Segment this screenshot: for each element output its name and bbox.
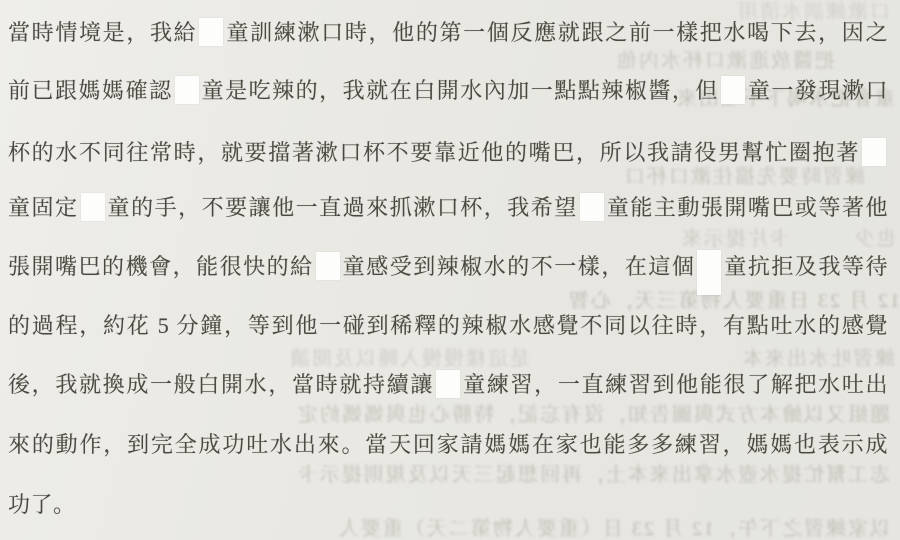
text-line-3: 杯的水不同往常時，就要擋著漱口杯不要靠近他的嘴巴，所以我請役男幫忙圈抱著 <box>8 138 888 168</box>
bleedthrough-text: 志工幫忙提水壺水拿出來本土，再回想起三天以及規則提示卡 <box>185 464 890 486</box>
text-line-8: 來的動作，到完全成功吐水出來。當天回家請媽媽在家也能多多練習，媽媽也表示成 <box>8 430 888 460</box>
line-text: 童的手，不要讓他一直過來抓漱口杯，我希望 <box>107 195 578 220</box>
redaction-box <box>175 76 199 104</box>
redaction-box <box>316 252 340 280</box>
bleedthrough-text: 也少 <box>815 228 897 250</box>
redaction-box <box>697 250 721 295</box>
redaction-box <box>580 193 604 221</box>
line-text: 童抗拒及我等待 <box>723 254 888 279</box>
bleedthrough-text: 把醬放進漱口杯水內他 <box>585 50 835 72</box>
redaction-box <box>436 370 460 398</box>
scanned-page: 口漱練訓水清用把醬放進漱口杯水內他童會把水喝下不吐出來練習時要先擋住漱口杯口卡片… <box>0 0 900 540</box>
bleedthrough-text: 練習吐水出來本 <box>690 348 895 370</box>
text-line-7: 後，我就換成一般白開水，當時就持續讓童練習，一直練習到他能很了解把水吐出 <box>8 370 888 400</box>
text-line-1: 當時情境是，我給童訓練漱口時，他的第一個反應就跟之前一樣把水喝下去，因之 <box>8 18 888 48</box>
text-line-2: 前已跟媽媽確認童是吃辣的，我就在白開水內加一點點辣椒醬，但童一發現漱口 <box>8 76 888 106</box>
line-text: 童一發現漱口 <box>747 78 888 103</box>
text-line-5: 張開嘴巴的機會，能很快的給童感受到辣椒水的不一樣，在這個童抗拒及我等待 <box>8 250 888 280</box>
line-text: 的過程，約花 5 分鐘，等到他一碰到稀釋的辣椒水感覺不同以往時，有點吐水的感覺 <box>8 313 888 338</box>
redaction-box <box>862 138 886 166</box>
line-text: 後，我就換成一般白開水，當時就持續讓 <box>8 372 434 397</box>
line-text: 前已跟媽媽確認 <box>8 78 173 103</box>
text-line-6: 的過程，約花 5 分鐘，等到他一碰到稀釋的辣椒水感覺不同以往時，有點吐水的感覺 <box>8 311 888 341</box>
line-text: 童能主動張開嘴巴或等著他 <box>606 195 888 220</box>
line-text: 童訓練漱口時，他的第一個反應就跟之前一樣把水喝下去，因之 <box>225 20 888 45</box>
line-text: 童感受到辣椒水的不一樣，在這個 <box>342 254 696 279</box>
line-text: 童固定 <box>8 195 79 220</box>
line-text: 杯的水不同往常時，就要擋著漱口杯不要靠近他的嘴巴，所以我請役男幫忙圈抱著 <box>8 140 860 165</box>
line-text: 當時情境是，我給 <box>8 20 197 45</box>
line-text: 童練習，一直練習到他能很了解把水吐出 <box>462 372 888 397</box>
bleedthrough-text: 題組又以繪本方式與圖告知，沒有忘記，特勝心也與媽媽約定 <box>185 404 890 426</box>
text-line-9: 功了。 <box>8 490 888 520</box>
redaction-box <box>199 18 223 46</box>
bleedthrough-text: 練習時要先擋住漱口杯口 <box>560 166 865 188</box>
bleedthrough-text: 12 月 23 日重要人物第三天，心智 <box>555 290 900 312</box>
line-text: 張開嘴巴的機會，能很快的給 <box>8 254 314 279</box>
line-text: 童是吃辣的，我就在白開水內加一點點辣椒醬，但 <box>201 78 719 103</box>
redaction-box <box>81 193 105 221</box>
text-line-4: 童固定童的手，不要讓他一直過來抓漱口杯，我希望童能主動張開嘴巴或等著他 <box>8 193 888 223</box>
line-text: 來的動作，到完全成功吐水出來。當天回家請媽媽在家也能多多練習，媽媽也表示成 <box>8 432 888 457</box>
bleedthrough-text: 卡片提示來 <box>640 228 790 250</box>
line-text: 功了。 <box>8 492 76 517</box>
bleedthrough-text: 以家練習之下午，12 月 23 日（重要人物第二天）重要人 <box>230 518 890 540</box>
redaction-box <box>721 76 745 104</box>
bleedthrough-text: 是這樣慢慢入睡以及閱讀 <box>270 348 530 370</box>
